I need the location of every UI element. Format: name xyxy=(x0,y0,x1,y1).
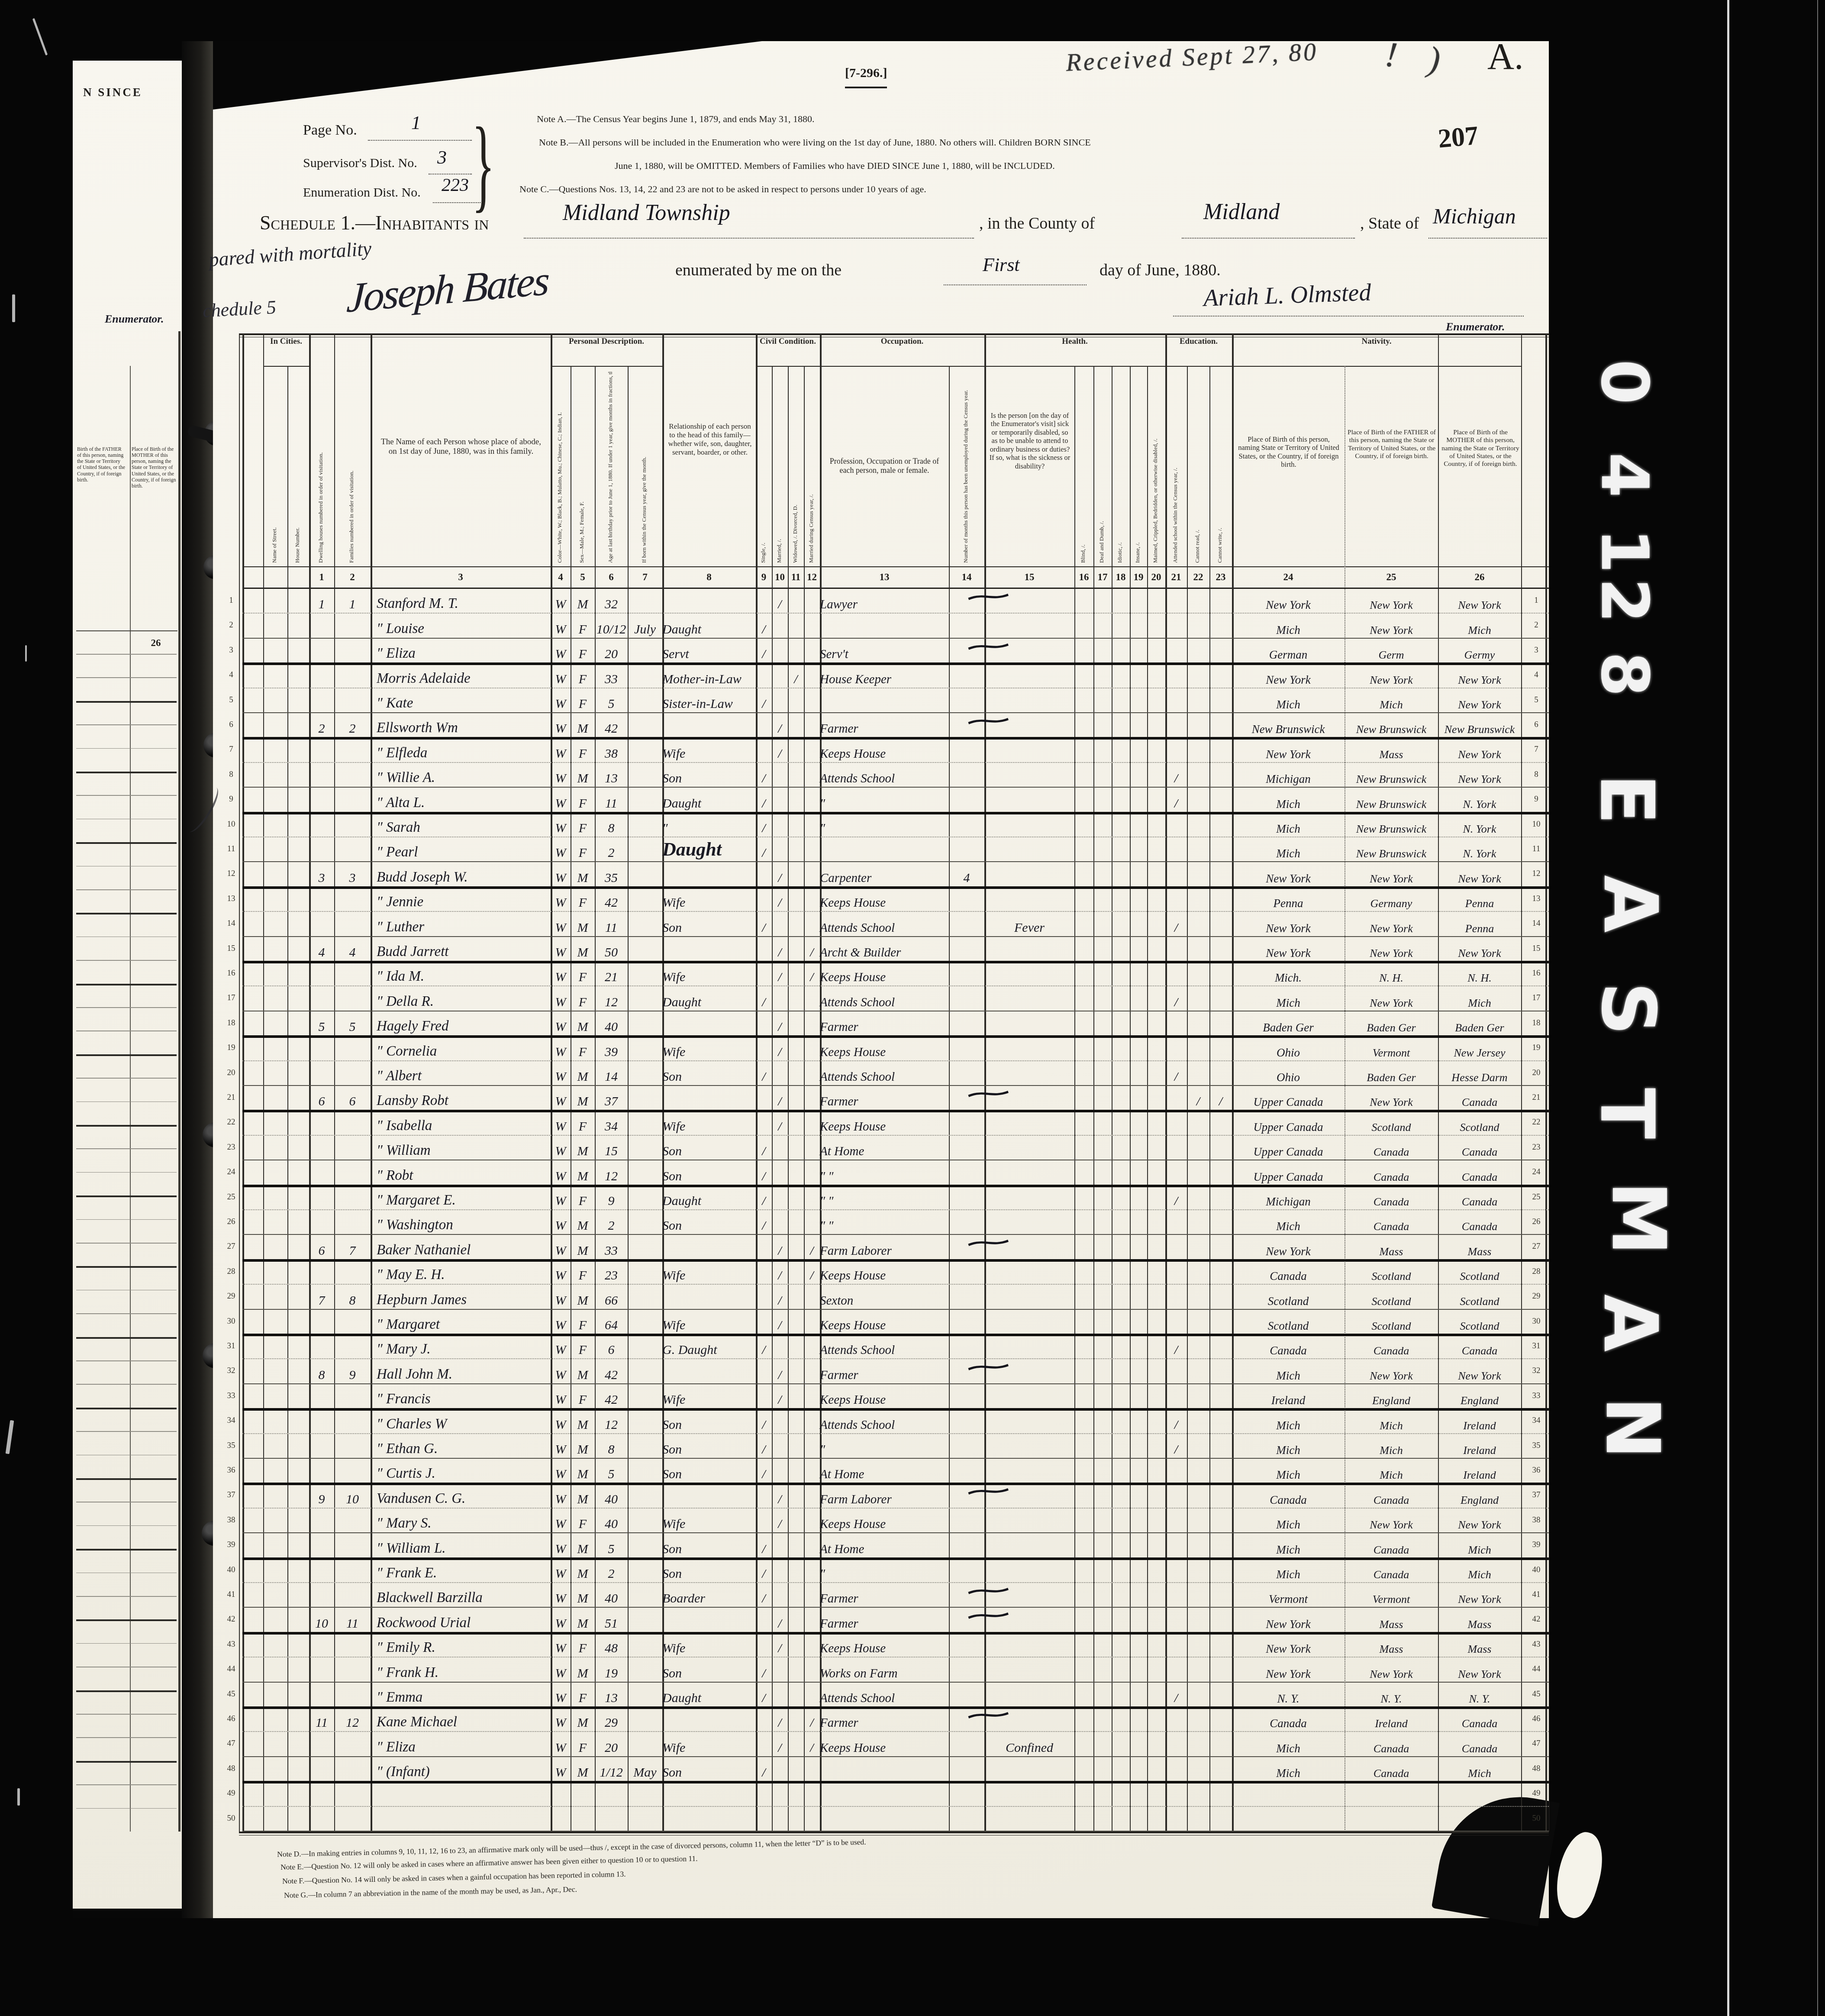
group-header-5: Education. xyxy=(1165,337,1232,346)
cell-occ-row30: Keeps House xyxy=(820,1318,949,1333)
cell-color-row26: W xyxy=(551,1218,571,1233)
cell-color-row3: W xyxy=(551,647,571,662)
row-number-right-5: 5 xyxy=(1526,695,1546,705)
table-row-3: ″ ElizaWF20Servt/Serv'tGermanGermGermy∼ xyxy=(242,639,1549,665)
cell-color-row16: W xyxy=(551,970,571,985)
cell-rel-row11: Daught xyxy=(662,838,756,860)
cell-pf-row35: Mich xyxy=(1345,1444,1438,1457)
row-number-left-29: 29 xyxy=(222,1292,240,1301)
enumeration-value: 223 xyxy=(442,175,469,196)
cell-m-row19: / xyxy=(772,1045,788,1060)
prev-page-enumerator-label: Enumerator. xyxy=(105,313,164,326)
cell-color-row22: W xyxy=(551,1119,571,1134)
col-number-12: 12 xyxy=(804,572,820,583)
prev-row-line xyxy=(76,1690,177,1692)
cell-pob-row34: Mich xyxy=(1232,1419,1345,1432)
prev-row-line xyxy=(76,1667,177,1667)
cell-pf-row29: Scotland xyxy=(1345,1295,1438,1308)
cell-pob-row39: Mich xyxy=(1232,1543,1345,1557)
cell-pf-row32: New York xyxy=(1345,1370,1438,1383)
cell-pm-row37: England xyxy=(1438,1494,1521,1507)
cell-fam-row12: 3 xyxy=(334,871,371,885)
cell-sex-row23: M xyxy=(571,1144,595,1159)
row-number-right-45: 45 xyxy=(1526,1690,1546,1699)
cell-m-row6: / xyxy=(772,721,788,736)
cell-sex-row2: F xyxy=(571,622,595,637)
cell-pf-row21: New York xyxy=(1345,1096,1438,1109)
cell-m-row47: / xyxy=(772,1741,788,1755)
row-number-left-33: 33 xyxy=(222,1391,240,1401)
cell-color-row27: W xyxy=(551,1244,571,1258)
prev-row-line xyxy=(76,724,177,725)
row-number-right-41: 41 xyxy=(1526,1590,1546,1599)
cell-pm-row14: Penna xyxy=(1438,922,1521,935)
col-number-8: 8 xyxy=(662,572,756,583)
cell-pob-row28: Canada xyxy=(1232,1270,1345,1283)
cell-s-row8: / xyxy=(756,771,772,786)
table-row-30: ″ MargaretWF64Wife/Keeps HouseScotlandSc… xyxy=(242,1310,1549,1336)
cell-occ-row12: Carpenter xyxy=(820,871,949,885)
cell-pob-row12: New York xyxy=(1232,872,1345,885)
prev-col25-header: Birth of the FATHER of this person, nami… xyxy=(77,446,126,537)
cell-name-row29: Hepburn James xyxy=(371,1292,557,1308)
table-row-2: ″ LouiseWF10/12JulyDaught/MichNew YorkMi… xyxy=(242,614,1549,638)
cell-color-row47: W xyxy=(551,1741,571,1755)
prev-row-line xyxy=(76,1172,177,1173)
cell-color-row21: W xyxy=(551,1094,571,1109)
cell-rel-row40: Son xyxy=(662,1567,756,1581)
cell-m-row37: / xyxy=(772,1492,788,1507)
prev-row-line xyxy=(76,1337,177,1339)
page-no-label: Page No. xyxy=(303,122,357,139)
cell-sex-row44: M xyxy=(571,1666,595,1681)
prev-row-line xyxy=(76,984,177,985)
enumeration-label: Enumeration Dist. No. xyxy=(303,185,421,200)
cell-age-row25: 9 xyxy=(595,1194,628,1208)
cell-occ-row32: Farmer xyxy=(820,1368,949,1383)
row-number-left-36: 36 xyxy=(222,1466,240,1475)
film-brand-letter: A xyxy=(1587,1294,1674,1352)
cell-pm-row45: N. Y. xyxy=(1438,1693,1521,1706)
cell-age-row39: 5 xyxy=(595,1542,628,1557)
cell-mo-row2: July xyxy=(628,622,662,637)
cell-occ-row7: Keeps House xyxy=(820,747,949,761)
cell-occ-row9: ″ xyxy=(820,797,949,811)
row-number-right-4: 4 xyxy=(1526,670,1546,680)
cell-pf-row37: Canada xyxy=(1345,1494,1438,1507)
cell-pob-row9: Mich xyxy=(1232,798,1345,811)
film-brand-letter: E xyxy=(1583,774,1670,825)
cell-age-row23: 15 xyxy=(595,1144,628,1159)
cell-age-row41: 40 xyxy=(595,1591,628,1606)
cell-rel-row23: Son xyxy=(662,1144,756,1159)
binding-gutter xyxy=(182,41,213,1918)
cell-sch-row35: / xyxy=(1165,1442,1187,1457)
cell-occ-row25: ″ ″ xyxy=(820,1194,949,1208)
cell-pob-row38: Mich xyxy=(1232,1518,1345,1531)
cell-s-row3: / xyxy=(756,647,772,662)
cell-rel-row43: Wife xyxy=(662,1641,756,1656)
cell-m-row46: / xyxy=(772,1716,788,1730)
enumerated-tail: day of June, 1880. xyxy=(1100,261,1221,280)
table-row-14: ″ LutherWM11Son/Attends SchoolFever/New … xyxy=(242,912,1549,937)
cell-pf-row16: N. H. xyxy=(1345,972,1438,985)
col-number-1: 1 xyxy=(309,572,334,583)
cell-s-row35: / xyxy=(756,1442,772,1457)
col-header-pm: Place of Birth of the MOTHER of this per… xyxy=(1441,429,1519,468)
cell-rel-row48: Son xyxy=(662,1765,756,1780)
cell-rel-row7: Wife xyxy=(662,746,756,761)
table-row-45: ″ EmmaWF13Daught/Attends School/N. Y.N. … xyxy=(242,1683,1549,1709)
cell-pm-row2: Mich xyxy=(1438,624,1521,637)
cell-pf-row42: Mass xyxy=(1345,1618,1438,1631)
row-number-right-32: 32 xyxy=(1526,1366,1546,1376)
cell-name-row9: ″ Alta L. xyxy=(371,795,557,811)
table-row-41: Blackwell BarzillaWM40Boarder/FarmerVerm… xyxy=(242,1583,1549,1608)
cell-dw-row21: 6 xyxy=(309,1094,334,1109)
table-row-32: 89Hall John M.WM42/FarmerMichNew YorkNew… xyxy=(242,1359,1549,1384)
cell-dw-row6: 2 xyxy=(309,721,334,736)
cell-pm-row16: N. H. xyxy=(1438,972,1521,985)
cell-fam-row46: 12 xyxy=(334,1716,371,1730)
cell-age-row8: 13 xyxy=(595,771,628,786)
cell-m-row38: / xyxy=(772,1517,788,1531)
state-line xyxy=(1428,237,1547,239)
row-number-left-50: 50 xyxy=(222,1814,240,1823)
cell-rel-row22: Wife xyxy=(662,1119,756,1134)
table-row-5: ″ KateWF5Sister-in-Law/MichMichNew York xyxy=(242,688,1549,713)
prev-row-line xyxy=(76,1266,177,1268)
cell-name-row48: ″ (Infant) xyxy=(371,1764,557,1780)
cell-color-row18: W xyxy=(551,1020,571,1034)
cell-sex-row25: F xyxy=(571,1194,595,1208)
cell-pm-row22: Scotland xyxy=(1438,1121,1521,1134)
cell-pf-row36: Mich xyxy=(1345,1469,1438,1482)
cell-name-row23: ″ William xyxy=(371,1143,557,1159)
cell-age-row18: 40 xyxy=(595,1020,628,1034)
col-header-pf: Place of Birth of the FATHER of this per… xyxy=(1347,429,1436,460)
cell-color-row19: W xyxy=(551,1045,571,1060)
cell-age-row11: 2 xyxy=(595,846,628,860)
row-number-right-8: 8 xyxy=(1526,770,1546,779)
col-vheader-rd: Cannot read, /. xyxy=(1194,372,1200,563)
cell-name-row27: Baker Nathaniel xyxy=(371,1242,557,1258)
table-row-1: 11Stanford M. T.WM32/LawyerNew YorkNew Y… xyxy=(242,589,1549,614)
prev-row-line xyxy=(76,1148,177,1149)
cell-sex-row3: F xyxy=(571,647,595,662)
cell-color-row20: W xyxy=(551,1069,571,1084)
cell-occ-row13: Keeps House xyxy=(820,896,949,910)
cell-sex-row1: M xyxy=(571,597,595,612)
prev-row-line xyxy=(76,1619,177,1621)
county-label: , in the County of xyxy=(979,214,1095,233)
cell-occ-row35: ″ xyxy=(820,1443,949,1457)
cell-fam-row42: 11 xyxy=(334,1616,371,1631)
col-number-3: 3 xyxy=(371,572,551,583)
cell-s-row36: / xyxy=(756,1467,772,1482)
cell-rel-row17: Daught xyxy=(662,995,756,1010)
cell-age-row15: 50 xyxy=(595,945,628,960)
cell-pf-row27: Mass xyxy=(1345,1245,1438,1258)
cell-age-row48: 1/12 xyxy=(595,1765,628,1780)
cell-color-row30: W xyxy=(551,1318,571,1333)
cell-pf-row8: New Brunswick xyxy=(1345,773,1438,786)
cell-age-row47: 20 xyxy=(595,1741,628,1755)
table-row-8: ″ Willie A.WM13Son/Attends School/Michig… xyxy=(242,763,1549,788)
row-number-right-2: 2 xyxy=(1526,620,1546,630)
cell-pob-row47: Mich xyxy=(1232,1742,1345,1755)
cell-sex-row45: F xyxy=(571,1691,595,1706)
prev-row-line xyxy=(76,1431,177,1432)
row-number-left-5: 5 xyxy=(222,695,240,705)
row-number-right-15: 15 xyxy=(1526,944,1546,953)
cell-occ-row33: Keeps House xyxy=(820,1393,949,1407)
cell-pm-row31: Canada xyxy=(1438,1344,1521,1357)
table-row-33: ″ FrancisWF42Wife/Keeps HouseIrelandEngl… xyxy=(242,1384,1549,1411)
cell-rel-row9: Daught xyxy=(662,796,756,811)
cell-pm-row25: Canada xyxy=(1438,1195,1521,1208)
row-number-right-18: 18 xyxy=(1526,1018,1546,1028)
cell-name-row46: Kane Michael xyxy=(371,1714,557,1730)
table-row-23: ″ WilliamWM15Son/At HomeUpper CanadaCana… xyxy=(242,1136,1549,1160)
cell-sex-row31: F xyxy=(571,1343,595,1357)
cell-m-row43: / xyxy=(772,1641,788,1656)
state-label: , State of xyxy=(1360,214,1419,233)
cell-pob-row33: Ireland xyxy=(1232,1394,1345,1407)
flourish-row37: ∼ xyxy=(956,1475,1021,1507)
row-number-right-11: 11 xyxy=(1526,844,1546,854)
cell-pm-row9: N. York xyxy=(1438,798,1521,811)
cell-sex-row43: F xyxy=(571,1641,595,1656)
cell-fam-row21: 6 xyxy=(334,1094,371,1109)
cell-pob-row41: Vermont xyxy=(1232,1593,1345,1606)
col-number-9: 9 xyxy=(756,572,772,583)
cell-rel-row31: G. Daught xyxy=(662,1343,756,1357)
row-number-right-19: 19 xyxy=(1526,1043,1546,1053)
cell-pf-row10: New Brunswick xyxy=(1345,823,1438,836)
cell-color-row32: W xyxy=(551,1368,571,1383)
cell-pm-row35: Ireland xyxy=(1438,1444,1521,1457)
cell-color-row39: W xyxy=(551,1542,571,1557)
cell-pob-row37: Canada xyxy=(1232,1493,1345,1507)
cell-s-row41: / xyxy=(756,1591,772,1606)
row-number-right-35: 35 xyxy=(1526,1441,1546,1451)
table-row-13: ″ JennieWF42Wife/Keeps HousePennaGermany… xyxy=(242,887,1549,912)
page-no-value: 1 xyxy=(411,112,421,134)
cell-pob-row3: German xyxy=(1232,648,1345,662)
group-underline xyxy=(551,366,662,367)
cell-color-row7: W xyxy=(551,746,571,761)
cell-sex-row10: F xyxy=(571,821,595,836)
cell-age-row33: 42 xyxy=(595,1392,628,1407)
cell-name-row40: ″ Frank E. xyxy=(371,1565,557,1581)
row-number-left-35: 35 xyxy=(222,1441,240,1451)
cell-rel-row3: Servt xyxy=(662,647,756,662)
prev-row-line xyxy=(76,937,177,937)
note-b2: June 1, 1880, will be OMITTED. Members o… xyxy=(615,160,1055,171)
cell-color-row23: W xyxy=(551,1144,571,1159)
cell-s-row9: / xyxy=(756,796,772,811)
row-number-left-41: 41 xyxy=(222,1590,240,1599)
cell-pf-row31: Canada xyxy=(1345,1344,1438,1357)
row-number-left-6: 6 xyxy=(222,720,240,730)
cell-s-row45: / xyxy=(756,1691,772,1706)
col-vheader-un: Number of months this person has been un… xyxy=(963,372,969,563)
row-number-left-17: 17 xyxy=(222,993,240,1003)
cell-color-row31: W xyxy=(551,1343,571,1357)
cell-rel-row28: Wife xyxy=(662,1268,756,1283)
col-number-17: 17 xyxy=(1093,572,1112,583)
cell-pf-row39: Canada xyxy=(1345,1544,1438,1557)
cell-occ-row37: Farm Laborer xyxy=(820,1493,949,1507)
cell-m-row28: / xyxy=(772,1268,788,1283)
census-scan: N SINCE Enumerator. Birth of the FATHER … xyxy=(0,0,1825,2016)
cell-name-row14: ″ Luther xyxy=(371,919,557,935)
prev-row-line xyxy=(76,1714,177,1715)
cell-pob-row36: Mich xyxy=(1232,1468,1345,1482)
table-row-29: 78Hepburn JamesWM66/SextonScotlandScotla… xyxy=(242,1285,1549,1309)
film-brand-letter: A xyxy=(1587,875,1674,933)
row-number-left-16: 16 xyxy=(222,969,240,978)
cell-age-row45: 13 xyxy=(595,1691,628,1706)
cell-sex-row4: F xyxy=(571,672,595,687)
row-number-right-31: 31 xyxy=(1526,1341,1546,1351)
cell-pm-row33: England xyxy=(1438,1394,1521,1407)
cell-name-row15: Budd Jarrett xyxy=(371,944,557,960)
cell-age-row7: 38 xyxy=(595,746,628,761)
cell-pm-row47: Canada xyxy=(1438,1742,1521,1755)
cell-pob-row26: Mich xyxy=(1232,1220,1345,1233)
cell-my-row15: / xyxy=(804,945,820,960)
row-number-left-19: 19 xyxy=(222,1043,240,1053)
prev-row-line xyxy=(76,1195,177,1197)
cell-pf-row14: New York xyxy=(1345,922,1438,935)
row-number-right-23: 23 xyxy=(1526,1143,1546,1152)
cell-color-row6: W xyxy=(551,721,571,736)
prev-row-line xyxy=(76,1525,177,1526)
cell-name-row41: Blackwell Barzilla xyxy=(371,1590,557,1606)
cell-rel-row41: Boarder xyxy=(662,1591,756,1606)
cell-pob-row25: Michigan xyxy=(1232,1195,1345,1208)
page-no-line xyxy=(368,139,472,141)
cell-pob-row10: Mich xyxy=(1232,822,1345,836)
cell-pm-row18: Baden Ger xyxy=(1438,1021,1521,1034)
cell-color-row11: W xyxy=(551,846,571,860)
cell-sex-row27: M xyxy=(571,1244,595,1258)
cell-name-row10: ″ Sarah xyxy=(371,820,557,836)
cell-pob-row5: Mich xyxy=(1232,698,1345,711)
row-number-left-2: 2 xyxy=(222,620,240,630)
prev-row-line xyxy=(76,1573,177,1573)
row-number-right-40: 40 xyxy=(1526,1565,1546,1575)
cell-age-row22: 34 xyxy=(595,1119,628,1134)
cell-rel-row36: Son xyxy=(662,1467,756,1482)
table-row-31: ″ Mary J.WF6G. Daught/Attends School/Can… xyxy=(242,1334,1549,1359)
cell-age-row26: 2 xyxy=(595,1218,628,1233)
cell-name-row17: ″ Della R. xyxy=(371,994,557,1010)
row-number-left-22: 22 xyxy=(222,1118,240,1127)
cell-name-row8: ″ Willie A. xyxy=(371,770,557,786)
cell-pm-row26: Canada xyxy=(1438,1220,1521,1233)
outer-right-rule-2 xyxy=(1549,333,1549,1832)
cell-sex-row12: M xyxy=(571,871,595,885)
table-row-46: 1112Kane MichaelWM29//FarmerCanadaIrelan… xyxy=(242,1707,1549,1732)
cell-dw-row29: 7 xyxy=(309,1293,334,1308)
cell-pm-row17: Mich xyxy=(1438,997,1521,1010)
film-brand-letter: M xyxy=(1595,1181,1682,1255)
cell-pf-row47: Canada xyxy=(1345,1742,1438,1755)
prev-row-line xyxy=(76,960,177,961)
prev-page-fragment: N SINCE xyxy=(83,86,142,99)
film-scratch-line xyxy=(1727,0,1729,2016)
col-header-occ: Profession, Occupation or Trade of each … xyxy=(825,457,944,475)
cell-color-row29: W xyxy=(551,1293,571,1308)
col-vheader-fam: Families numbered in order of visitation… xyxy=(348,372,355,563)
cell-occ-row26: ″ ″ xyxy=(820,1219,949,1233)
overlay-line2: chedule 5 xyxy=(202,296,277,322)
row-number-right-43: 43 xyxy=(1526,1640,1546,1649)
cell-pf-row9: New Brunswick xyxy=(1345,798,1438,811)
table-row-6: 22Ellsworth WmWM42/FarmerNew BrunswickNe… xyxy=(242,713,1549,740)
cell-fam-row27: 7 xyxy=(334,1244,371,1258)
cell-m-row27: / xyxy=(772,1244,788,1258)
cell-dw-row15: 4 xyxy=(309,945,334,960)
cell-name-row12: Budd Joseph W. xyxy=(371,869,557,885)
cell-rel-row16: Wife xyxy=(662,970,756,985)
cell-sex-row22: F xyxy=(571,1119,595,1134)
cell-sex-row41: M xyxy=(571,1591,595,1606)
row-number-right-12: 12 xyxy=(1526,869,1546,879)
row-number-left-4: 4 xyxy=(222,670,240,680)
cell-pob-row8: Michigan xyxy=(1232,772,1345,786)
cell-name-row25: ″ Margaret E. xyxy=(371,1192,557,1208)
col-number-11: 11 xyxy=(788,572,804,583)
cell-pob-row19: Ohio xyxy=(1232,1046,1345,1060)
cell-occ-row29: Sexton xyxy=(820,1294,949,1308)
col-number-18: 18 xyxy=(1112,572,1130,583)
cell-occ-row39: At Home xyxy=(820,1542,949,1557)
cell-sex-row5: F xyxy=(571,697,595,711)
enumerated-label: enumerated by me on the xyxy=(675,261,842,280)
cell-sex-row15: M xyxy=(571,945,595,960)
cell-s-row25: / xyxy=(756,1194,772,1208)
col-number-24: 24 xyxy=(1232,572,1345,583)
row-number-right-16: 16 xyxy=(1526,969,1546,978)
cell-rel-row25: Daught xyxy=(662,1194,756,1208)
cell-sex-row26: M xyxy=(571,1218,595,1233)
cell-pf-row2: New York xyxy=(1345,624,1438,637)
prev-row-line xyxy=(76,772,177,773)
cell-occ-row1: Lawyer xyxy=(820,598,949,612)
row-number-left-40: 40 xyxy=(222,1565,240,1575)
cell-name-row37: Vandusen C. G. xyxy=(371,1491,557,1507)
cell-name-row4: Morris Adelaide xyxy=(371,671,557,687)
cell-occ-row43: Keeps House xyxy=(820,1641,949,1656)
prev-row-line xyxy=(76,1478,177,1480)
cell-s-row31: / xyxy=(756,1343,772,1357)
cell-pob-row24: Upper Canada xyxy=(1232,1170,1345,1184)
cell-sch-row8: / xyxy=(1165,771,1187,786)
cell-name-row35: ″ Ethan G. xyxy=(371,1441,557,1457)
cell-color-row43: W xyxy=(551,1641,571,1656)
cell-sex-row42: M xyxy=(571,1616,595,1631)
cell-color-row44: W xyxy=(551,1666,571,1681)
cell-name-row2: ″ Louise xyxy=(371,621,557,637)
cell-pf-row11: New Brunswick xyxy=(1345,847,1438,860)
cell-age-row9: 11 xyxy=(595,796,628,811)
cell-color-row46: W xyxy=(551,1716,571,1730)
cell-age-row31: 6 xyxy=(595,1343,628,1357)
